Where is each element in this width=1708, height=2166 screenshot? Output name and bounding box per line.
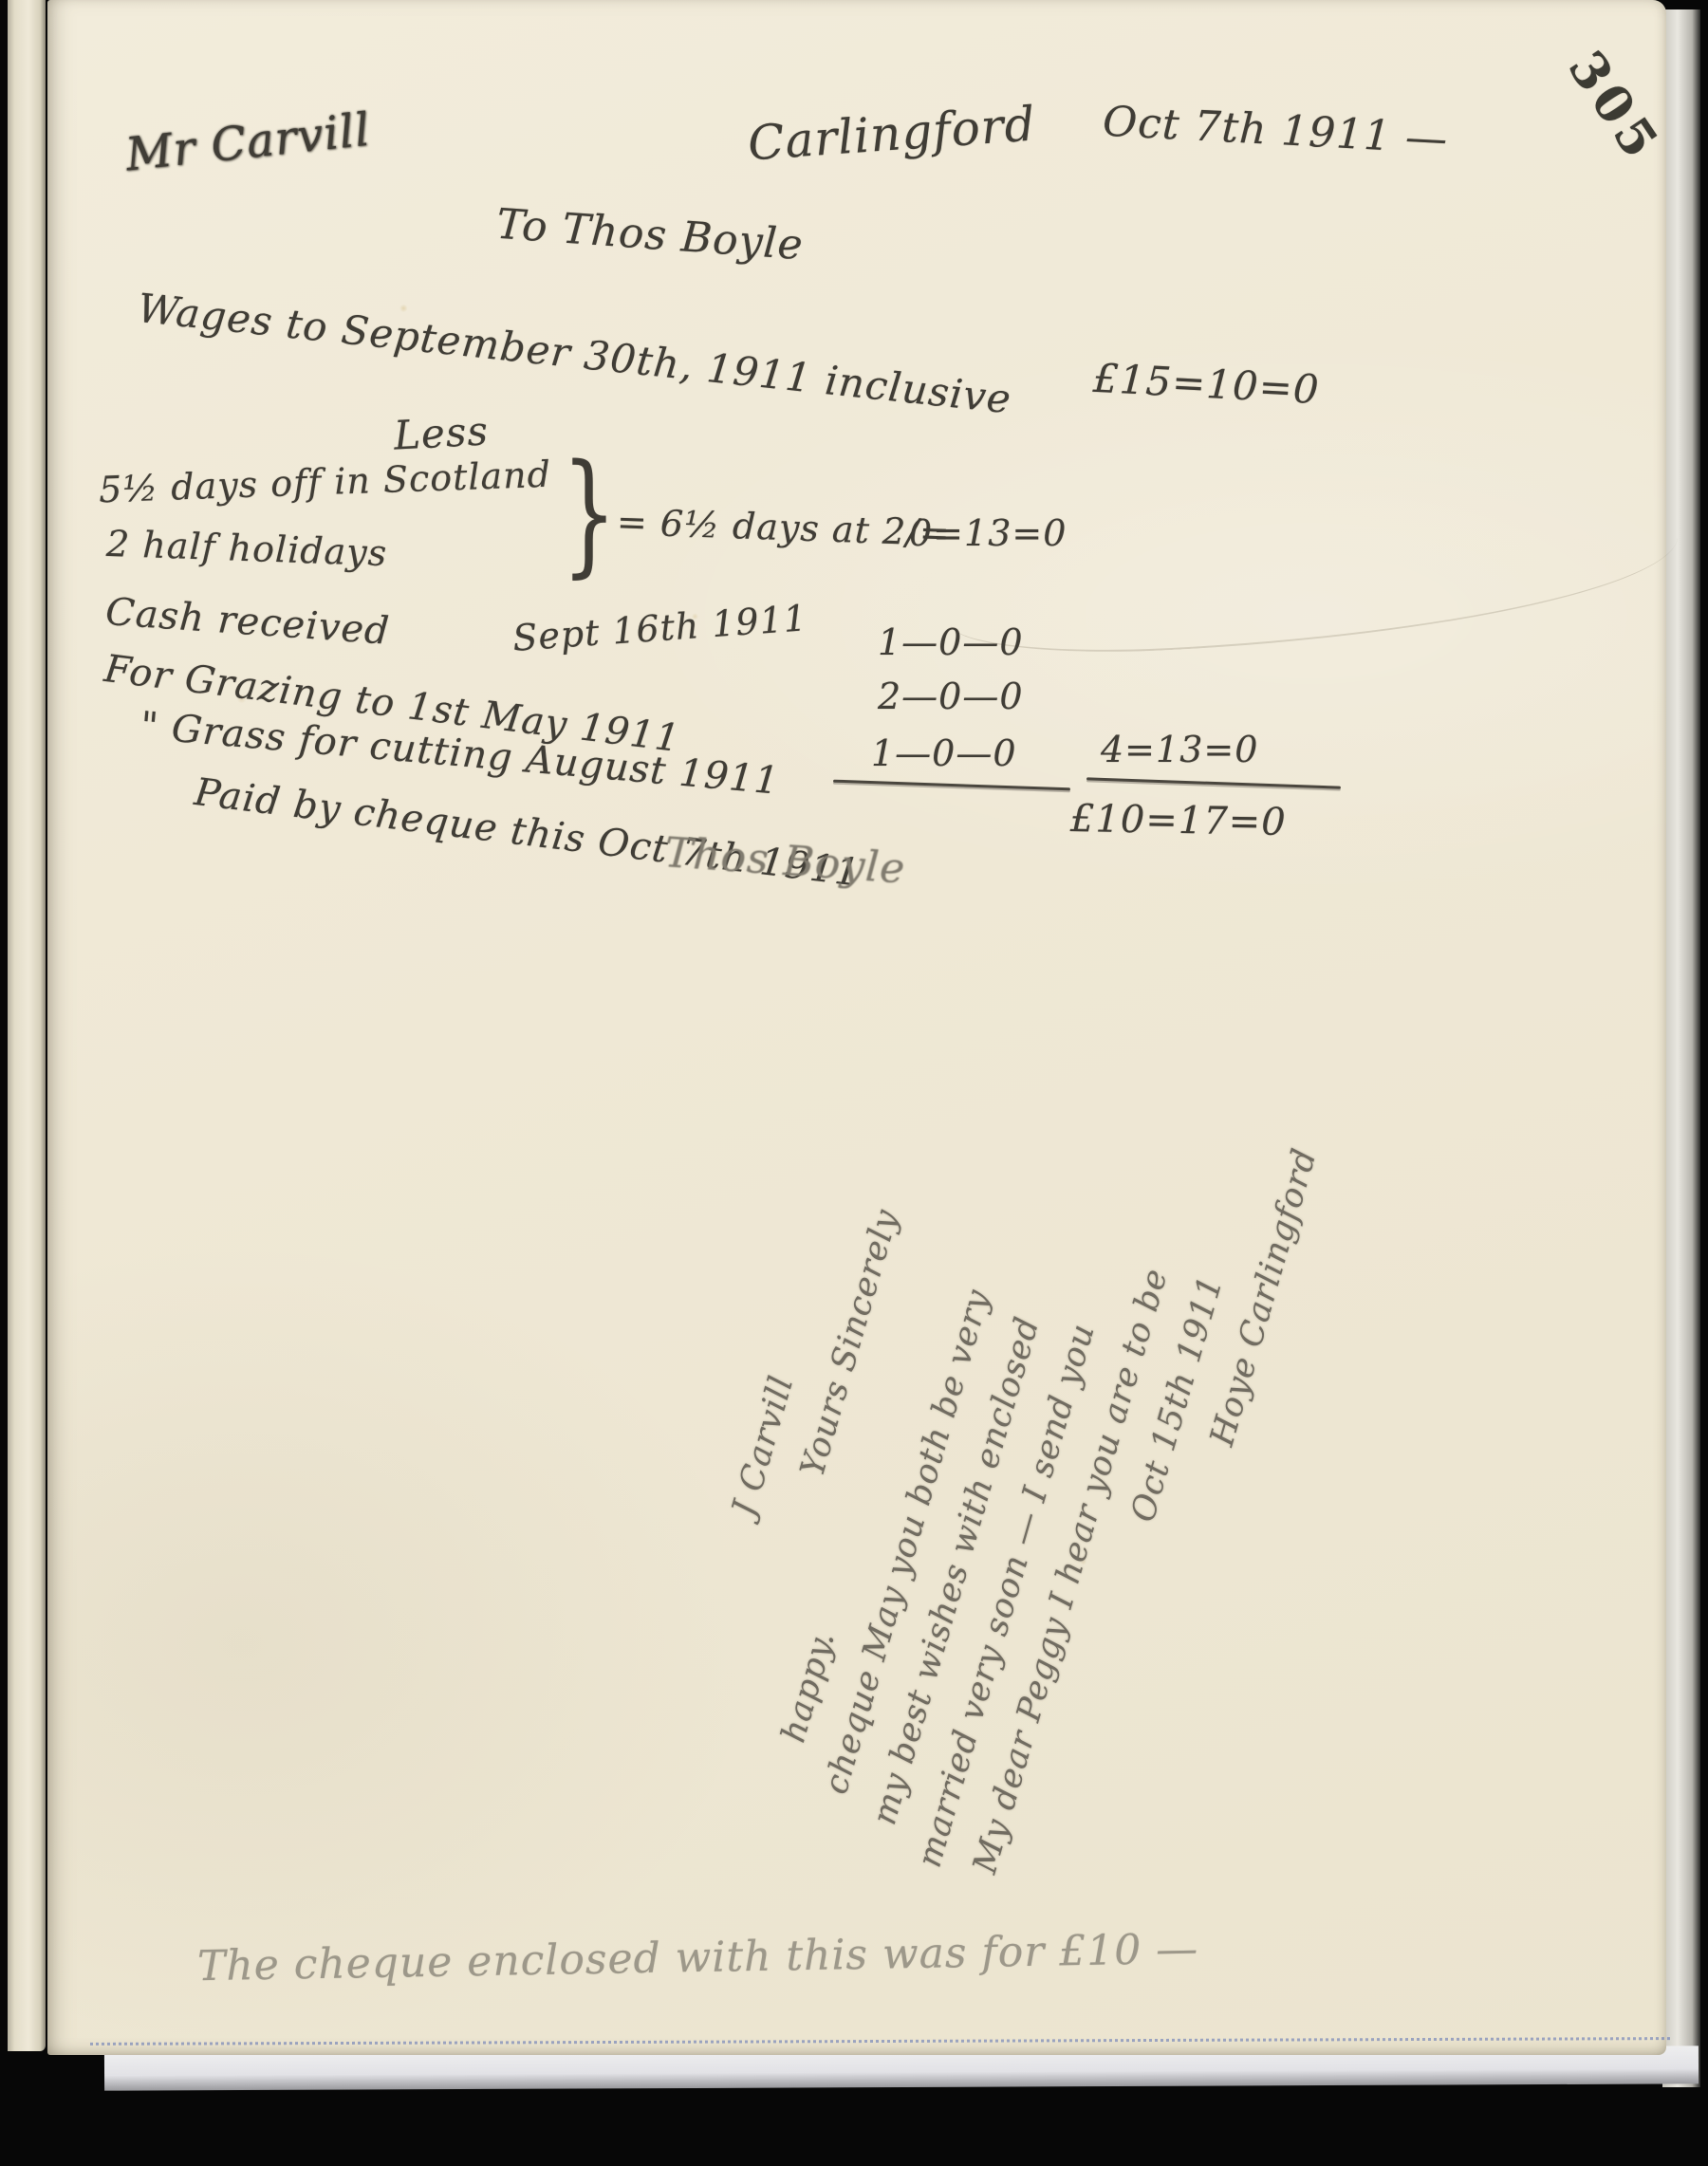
grazing-amount: 2—0—0 — [878, 676, 1024, 717]
subtotal-amount: 4=13=0 — [1101, 729, 1258, 770]
cash-received-amount: 1—0—0 — [878, 621, 1024, 663]
grass-amount: 1—0—0 — [871, 732, 1017, 774]
total-amount: £10=17=0 — [1070, 797, 1288, 844]
deduction-amount: 0=13=0 — [909, 512, 1067, 554]
page-edge-right — [1662, 9, 1700, 2087]
less-label: Less — [393, 407, 490, 458]
page-edge-left — [8, 0, 46, 2051]
deduction-brace: } — [562, 436, 618, 591]
